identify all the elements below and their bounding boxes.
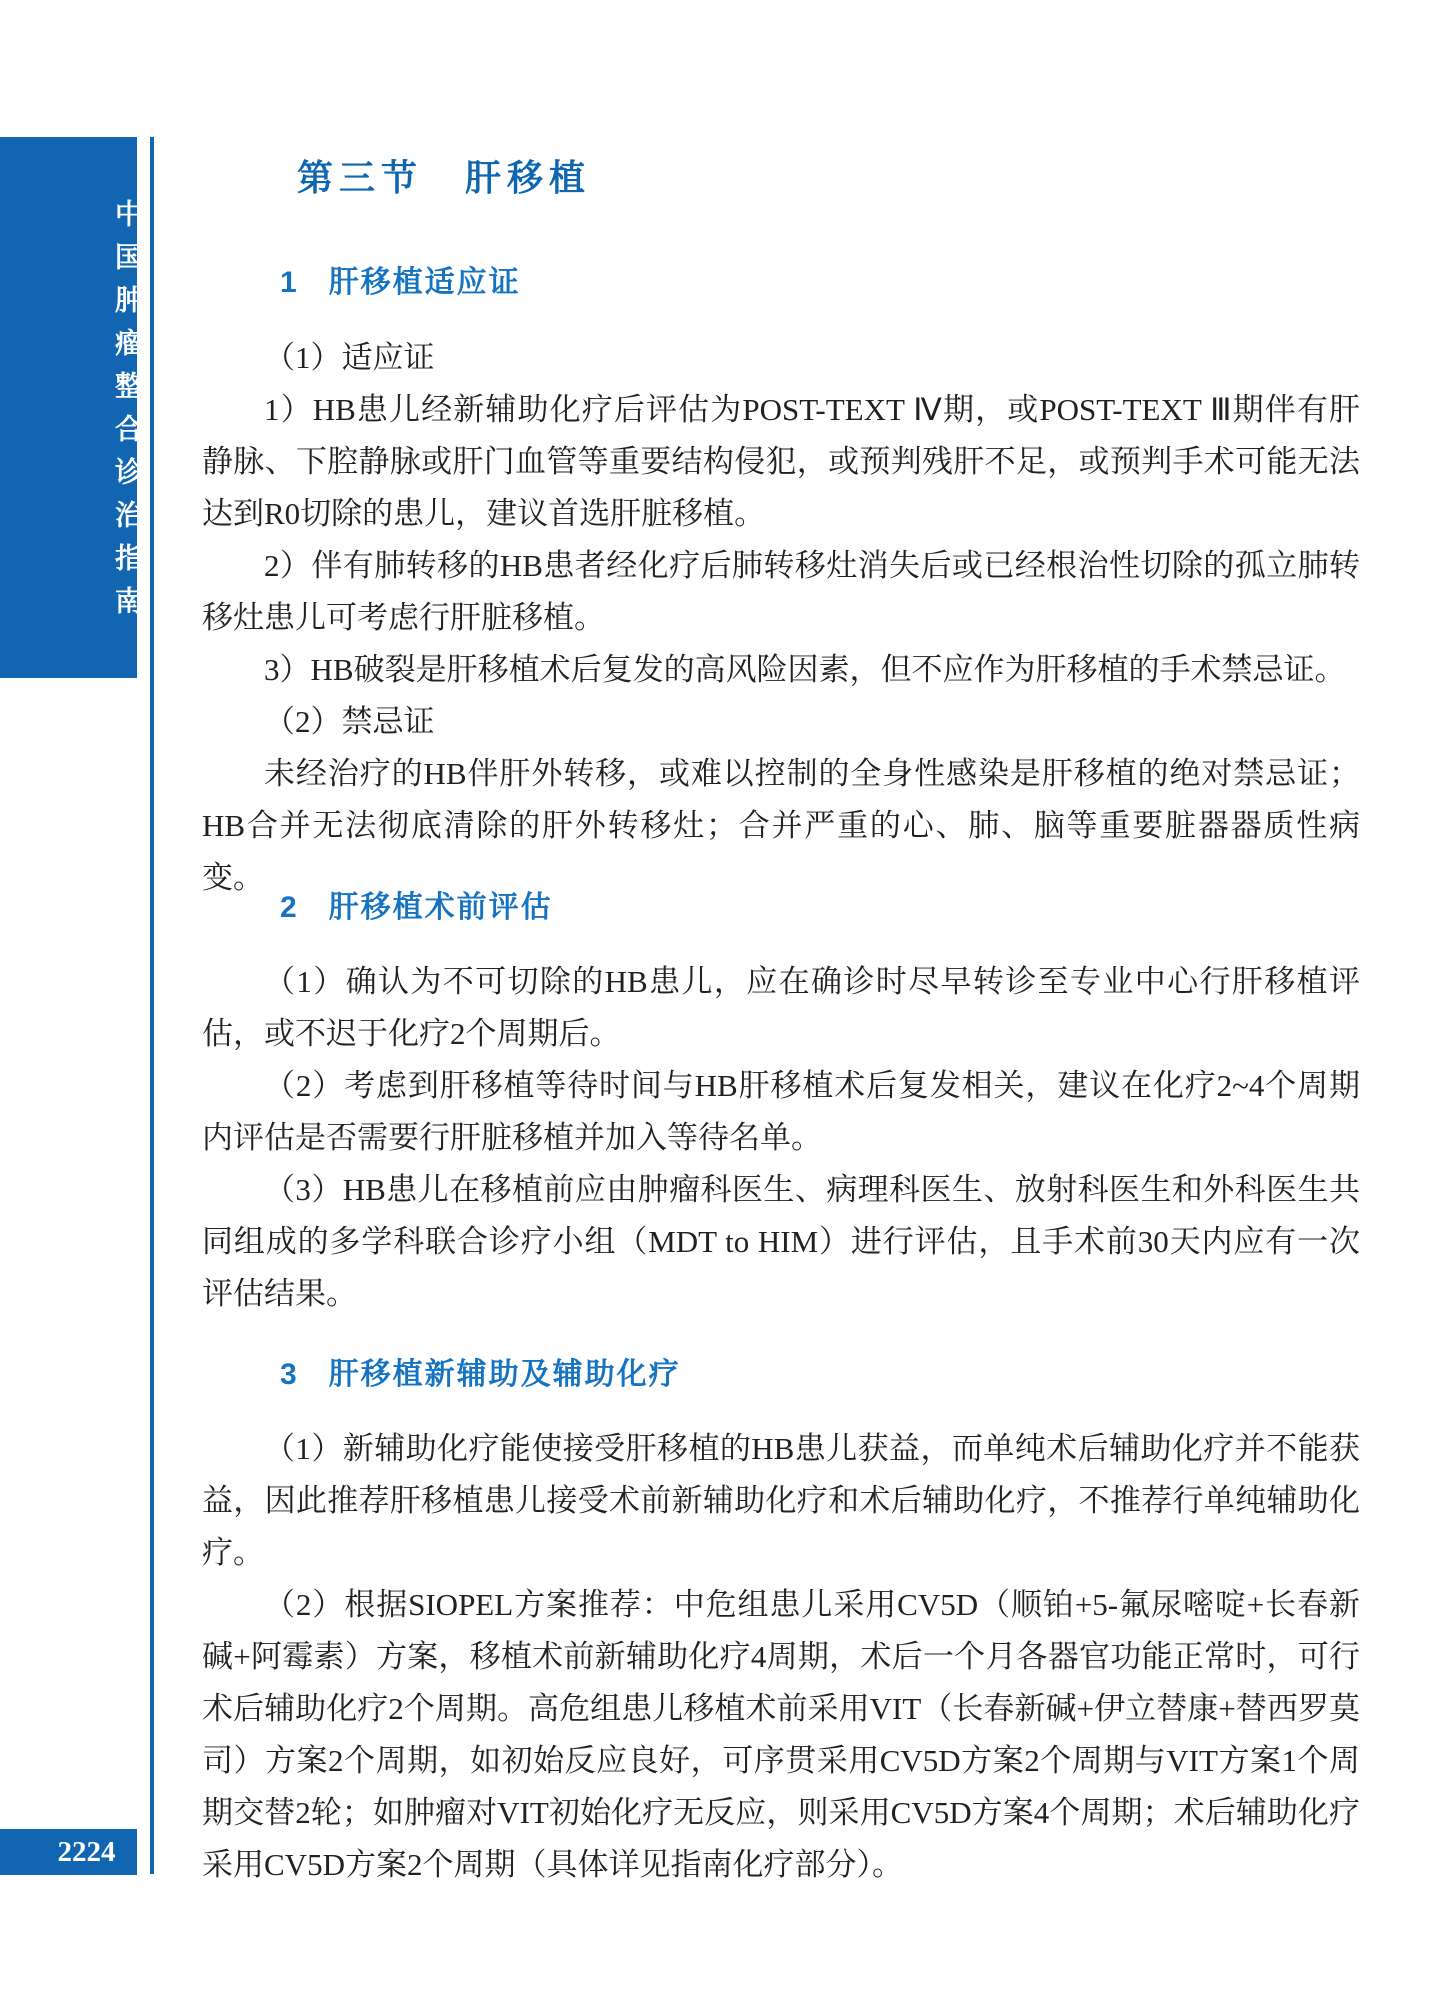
sidebar-banner-title: 中国肿瘤整合诊治指南 xyxy=(10,199,147,629)
paragraph: （3）HB患儿在移植前应由肿瘤科医生、病理科医生、放射科医生和外科医生共同组成的… xyxy=(202,1164,1360,1320)
section-number: 3 xyxy=(280,1358,299,1392)
paragraph: 2）伴有肺转移的HB患者经化疗后肺转移灶消失后或已经根治性切除的孤立肺转移灶患儿… xyxy=(202,540,1360,644)
section-1-body: （1）适应证 1）HB患儿经新辅助化疗后评估为POST-TEXT Ⅳ期，或POS… xyxy=(202,332,1360,904)
paragraph: （1）新辅助化疗能使接受肝移植的HB患儿获益，而单纯术后辅助化疗并不能获益，因此… xyxy=(202,1423,1360,1579)
section-number: 1 xyxy=(280,266,299,300)
section-heading-2: 2肝移植术前评估 xyxy=(280,882,553,926)
section-heading-3: 3肝移植新辅助及辅助化疗 xyxy=(280,1349,681,1393)
sidebar-rule xyxy=(150,137,154,1874)
sidebar-banner: 中国肿瘤整合诊治指南 xyxy=(0,137,137,678)
section-3-body: （1）新辅助化疗能使接受肝移植的HB患儿获益，而单纯术后辅助化疗并不能获益，因此… xyxy=(202,1423,1360,1891)
page-number: 2224 xyxy=(58,1836,116,1869)
chapter-title: 第三节 肝移植 xyxy=(297,150,591,201)
page-number-badge: 2224 xyxy=(0,1829,137,1875)
section-2-body: （1）确认为不可切除的HB患儿，应在确诊时尽早转诊至专业中心行肝移植评估，或不迟… xyxy=(202,956,1360,1320)
section-heading-label: 肝移植术前评估 xyxy=(329,891,553,924)
main-content: 第三节 肝移植 1肝移植适应证 （1）适应证 1）HB患儿经新辅助化疗后评估为P… xyxy=(202,0,1360,2010)
paragraph: （2）根据SIOPEL方案推荐：中危组患儿采用CV5D（顺铂+5-氟尿嘧啶+长春… xyxy=(202,1579,1360,1891)
paragraph: （2）考虑到肝移植等待时间与HB肝移植术后复发相关，建议在化疗2~4个周期内评估… xyxy=(202,1060,1360,1164)
paragraph: 未经治疗的HB伴肝外转移，或难以控制的全身性感染是肝移植的绝对禁忌证；HB合并无… xyxy=(202,748,1360,904)
paragraph: （1）确认为不可切除的HB患儿，应在确诊时尽早转诊至专业中心行肝移植评估，或不迟… xyxy=(202,956,1360,1060)
section-heading-label: 肝移植新辅助及辅助化疗 xyxy=(329,1358,681,1391)
paragraph: （1）适应证 xyxy=(202,332,1360,384)
section-heading-label: 肝移植适应证 xyxy=(329,266,521,299)
paragraph: 3）HB破裂是肝移植术后复发的高风险因素，但不应作为肝移植的手术禁忌证。 xyxy=(202,644,1360,696)
section-number: 2 xyxy=(280,891,299,925)
paragraph: 1）HB患儿经新辅助化疗后评估为POST-TEXT Ⅳ期，或POST-TEXT … xyxy=(202,384,1360,540)
document-page: 中国肿瘤整合诊治指南 2224 第三节 肝移植 1肝移植适应证 （1）适应证 1… xyxy=(0,0,1444,2010)
paragraph: （2）禁忌证 xyxy=(202,696,1360,748)
section-heading-1: 1肝移植适应证 xyxy=(280,257,521,301)
